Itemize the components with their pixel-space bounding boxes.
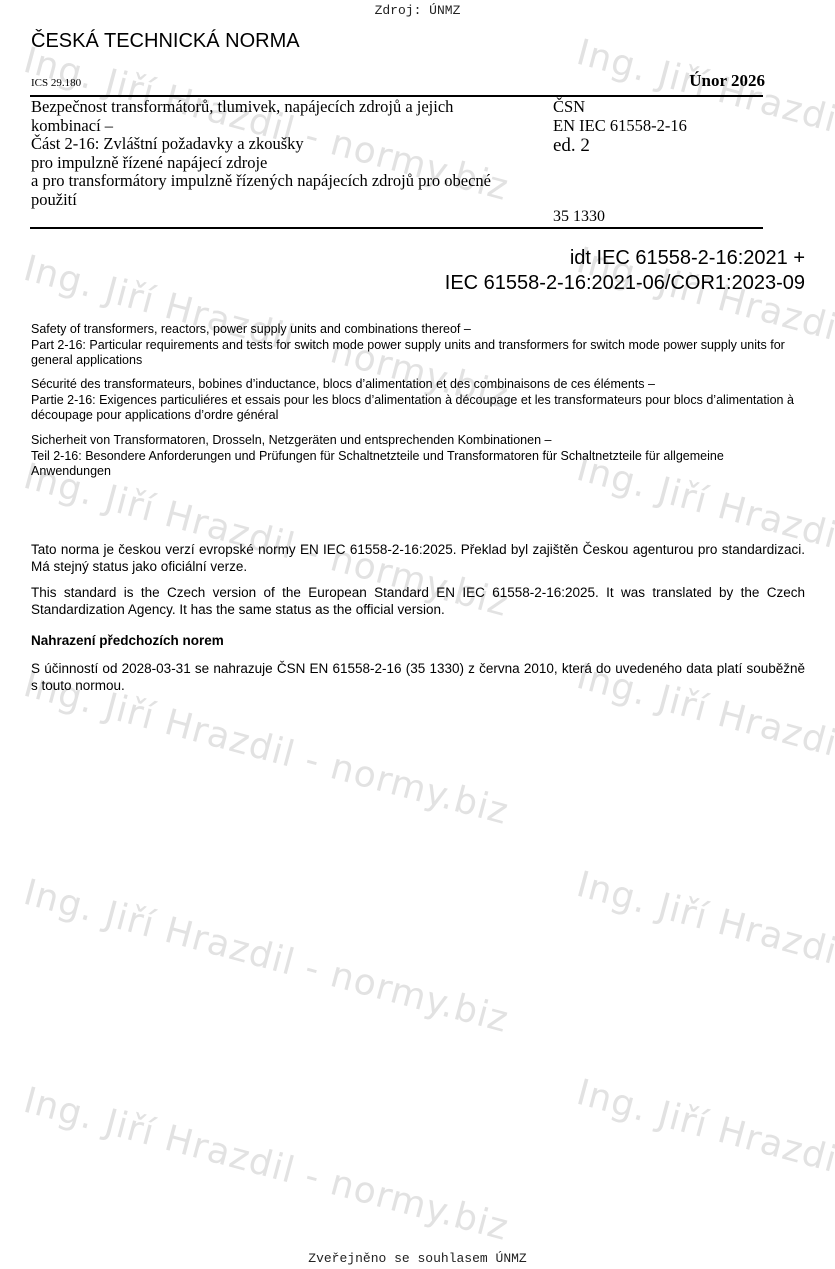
replacement-text: S účinností od 2028-03-31 se nahrazuje Č… bbox=[31, 660, 805, 694]
czech-version-statement: Tato norma je českou verzí evropské norm… bbox=[31, 541, 805, 575]
czech-title-line: Část 2-16: Zvláštní požadavky a zkoušky bbox=[31, 135, 531, 154]
document-type-heading: ČESKÁ TECHNICKÁ NORMA bbox=[31, 30, 300, 53]
watermark-text: Ing. Jiří Hrazdil - normy.biz bbox=[19, 1080, 513, 1249]
english-title-line-2: Part 2-16: Particular requirements and t… bbox=[31, 338, 806, 369]
german-title: Sicherheit von Transformatoren, Drosseln… bbox=[31, 433, 806, 480]
french-title: Sécurité des transformateurs, bobines d’… bbox=[31, 377, 806, 424]
czech-title-line: Bezpečnost transformátorů, tlumivek, nap… bbox=[31, 98, 531, 117]
edition: ed. 2 bbox=[553, 135, 687, 157]
french-title-line-1: Sécurité des transformateurs, bobines d’… bbox=[31, 377, 806, 393]
idt-line-2: IEC 61558-2-16:2021-06/COR1:2023-09 bbox=[445, 271, 805, 296]
csn-label: ČSN bbox=[553, 98, 687, 117]
classification-code: 35 1330 bbox=[553, 208, 605, 226]
czech-title: Bezpečnost transformátorů, tlumivek, nap… bbox=[31, 98, 531, 209]
standard-designation: ČSN EN IEC 61558-2-16 ed. 2 bbox=[553, 98, 687, 157]
ics-code: ICS 29.180 bbox=[31, 77, 81, 89]
english-title: Safety of transformers, reactors, power … bbox=[31, 322, 806, 369]
standard-number: EN IEC 61558-2-16 bbox=[553, 117, 687, 136]
english-version-statement: This standard is the Czech version of th… bbox=[31, 584, 805, 618]
czech-title-line: kombinací – bbox=[31, 117, 531, 136]
english-title-line-1: Safety of transformers, reactors, power … bbox=[31, 322, 806, 338]
identical-standard: idt IEC 61558-2-16:2021 + IEC 61558-2-16… bbox=[445, 246, 805, 296]
french-title-line-2: Partie 2-16: Exigences particuliéres et … bbox=[31, 393, 806, 424]
czech-title-line: pro impulzně řízené napájecí zdroje bbox=[31, 154, 531, 173]
footer-note: Zveřejněno se souhlasem ÚNMZ bbox=[0, 1251, 835, 1266]
german-title-line-1: Sicherheit von Transformatoren, Drosseln… bbox=[31, 433, 806, 449]
replacement-heading: Nahrazení předchozích norem bbox=[31, 633, 224, 648]
header-rule-bottom bbox=[30, 227, 763, 229]
czech-title-line: použití bbox=[31, 191, 531, 210]
czech-title-line: a pro transformátory impulzně řízených n… bbox=[31, 172, 531, 191]
watermark-text: Ing. Jiří Hrazdil - normy.biz bbox=[572, 1072, 835, 1241]
watermark-text: Ing. Jiří Hrazdil - normy.biz bbox=[19, 872, 513, 1041]
idt-line-1: idt IEC 61558-2-16:2021 + bbox=[445, 246, 805, 271]
publication-date: Únor 2026 bbox=[640, 71, 765, 91]
source-note: Zdroj: ÚNMZ bbox=[0, 3, 835, 18]
german-title-line-2: Teil 2-16: Besondere Anforderungen und P… bbox=[31, 449, 806, 480]
watermark-text: Ing. Jiří Hrazdil - normy.biz bbox=[572, 864, 835, 1033]
